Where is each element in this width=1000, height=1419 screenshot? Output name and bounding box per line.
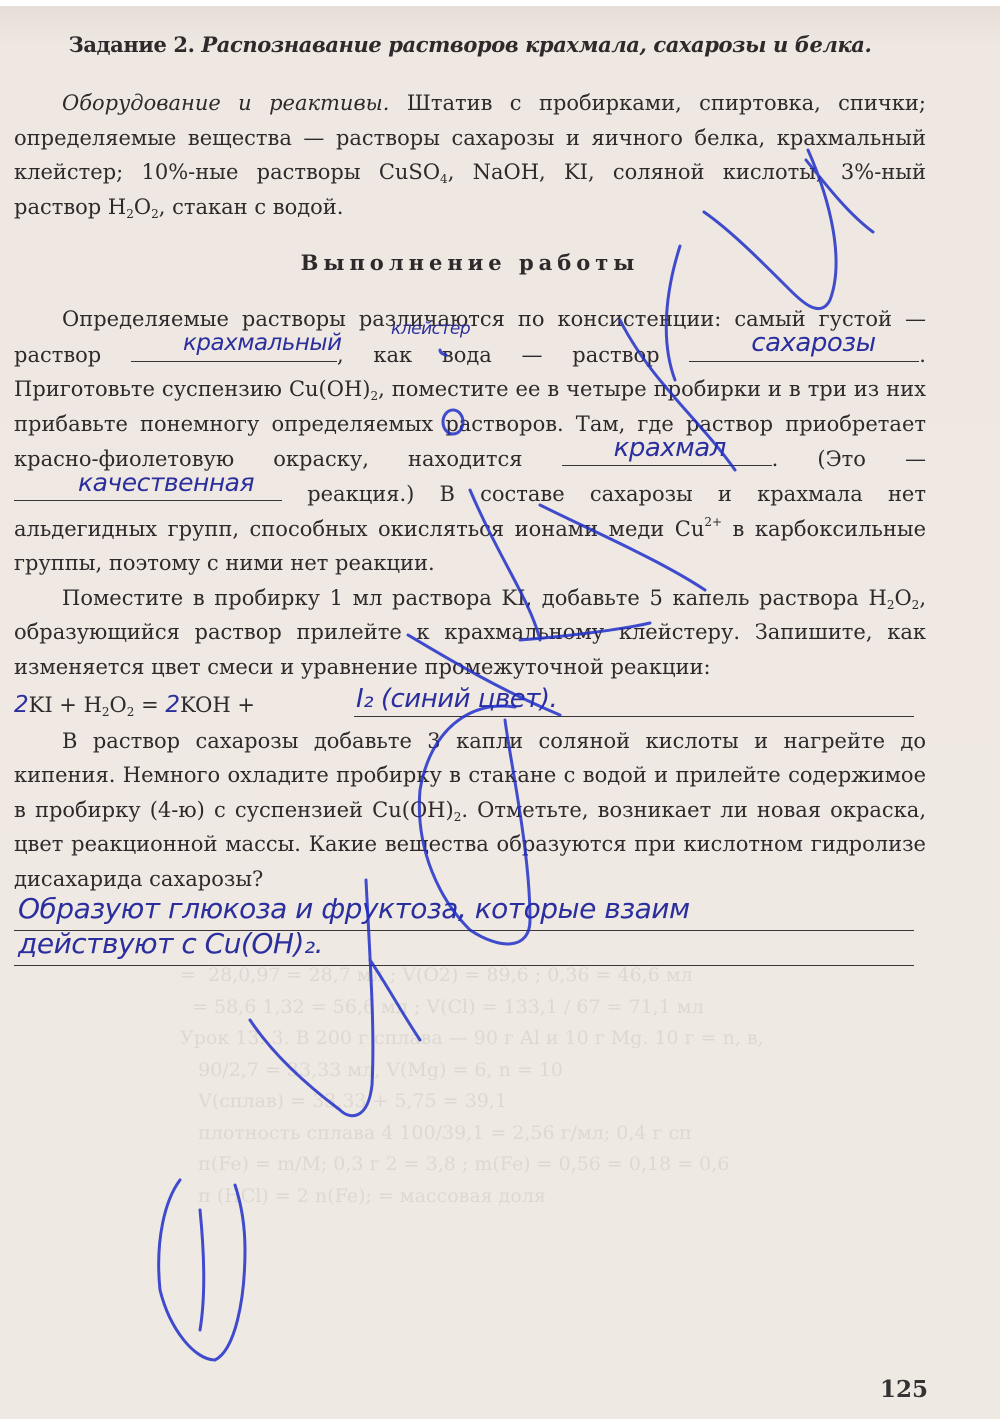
handwritten-equation-answer: I₂ (синий цвет).	[356, 682, 557, 716]
task-heading: Задание 2. Распознавание растворов крахм…	[14, 28, 926, 62]
equation-term: H	[84, 693, 102, 717]
subscript: 2	[126, 207, 134, 221]
paragraph-consistency: Определяемые растворы различаются по кон…	[14, 302, 926, 580]
handwritten-answer-1: крахмальный	[135, 326, 342, 360]
page-number: 125	[880, 1376, 928, 1403]
equipment-text: , стакан с водой.	[159, 195, 344, 219]
handwritten-answer-3: крахмал	[566, 431, 726, 465]
paragraph-text: Поместите в пробирку 1 мл раствора KI, д…	[62, 586, 887, 610]
equipment-paragraph: Оборудование и реактивы. Штатив с пробир…	[14, 86, 926, 224]
paragraph-iodide: Поместите в пробирку 1 мл раствора KI, д…	[14, 581, 926, 684]
paragraph-text: O	[894, 586, 911, 610]
answer-blank-3[interactable]: крахмал	[562, 441, 772, 466]
superscript: 2+	[704, 515, 722, 529]
subscript: 4	[440, 172, 448, 186]
subscript: 2	[151, 207, 159, 221]
handwritten-answer-line-2: действуют с Cu(OH)₂.	[18, 927, 323, 961]
bleed-through-text: = 28,0,97 = 28,7 мл ; V(O2) = 89,6 ; 0,3…	[180, 960, 960, 1330]
answer-blank-4[interactable]: качественная	[14, 476, 282, 501]
equipment-label: Оборудование и реактивы.	[62, 91, 389, 115]
equation-line: 2KI + H2O2 = 2KOH + I₂ (синий цвет).	[14, 688, 926, 724]
equation-term: O	[110, 693, 127, 717]
equation-answer-blank[interactable]: I₂ (синий цвет).	[354, 690, 914, 717]
equation-term: KI +	[29, 693, 84, 717]
answer-line-2[interactable]: действуют с Cu(OH)₂.	[14, 931, 914, 966]
task-label: Задание 2.	[69, 32, 195, 57]
answer-blank-2[interactable]: сахарозы	[689, 337, 919, 362]
handwritten-answer-2: сахарозы	[703, 326, 875, 360]
section-heading: Выполнение работы	[14, 246, 926, 280]
task-title: Распознавание растворов крахмала, сахаро…	[201, 32, 871, 57]
paragraph-text: . (Это —	[772, 447, 926, 471]
page-content: Задание 2. Распознавание растворов крахм…	[14, 28, 926, 966]
equipment-text: O	[134, 195, 151, 219]
answer-blank-1[interactable]: крахмальный клейстер	[131, 337, 337, 362]
equals-sign: =	[134, 693, 165, 717]
handwritten-answer-line-1: Образуют глюкоза и фруктоза, которые вза…	[18, 892, 690, 926]
handwritten-answer-4: качественная	[30, 466, 254, 500]
handwritten-note: клейстер	[343, 312, 470, 346]
coefficient-2: 2	[165, 692, 180, 718]
subscript: 2	[370, 389, 378, 403]
subscript: 2	[102, 705, 110, 719]
paragraph-hydrolysis: В раствор сахарозы добавьте 3 капли соля…	[14, 724, 926, 896]
coefficient-1: 2	[14, 692, 29, 718]
equation-term: KOH +	[180, 693, 255, 717]
